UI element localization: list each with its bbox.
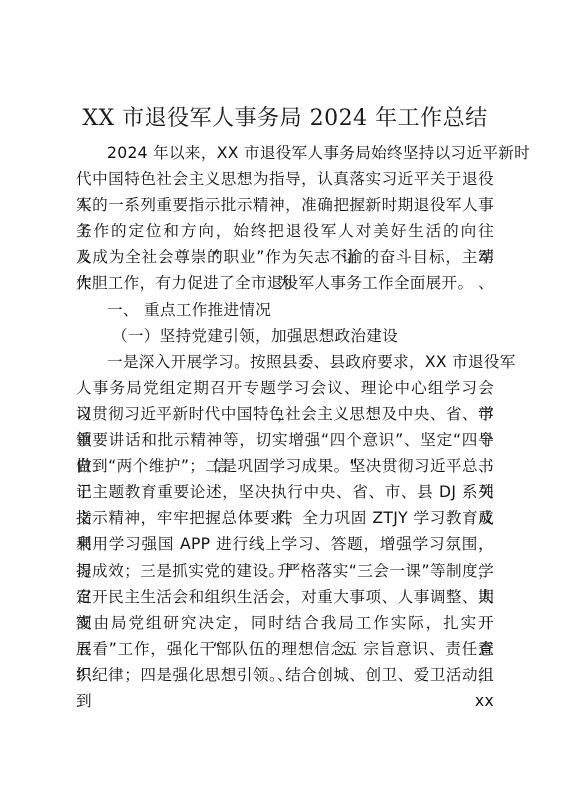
paragraph-line-11: 支由局党组研究决定，同时结合我局工作实际，扎实开展“五查 (76, 610, 494, 636)
paragraph-intro-line-2: 代中国特色社会主义思想为指导，认真落实习近平关于退役军 (76, 166, 494, 192)
paragraph-line-9: 习成效；三是抓实党的建设。严格落实“三会一课”等制度，定期 (76, 558, 494, 584)
paragraph-intro-line-5: 人成为全社会尊崇的职业”作为矢志不渝的奋斗目标，主动作为、 (76, 244, 494, 270)
paragraph-line-8: 利用学习强国 APP 进行线上学习、答题，增强学习氛围，提升学 (76, 531, 494, 557)
paragraph-intro-line-4: 工作的定位和方向，始终把退役军人对美好生活的向往及“让军 (76, 218, 494, 244)
paragraph-intro-line-1: 2024 年以来，XX 市退役军人事务局始终坚持以习近平新时 (76, 140, 496, 166)
paragraph-intro-line-3: 人的一系列重要指示批示精神，准确把握新时期退役军人事务 (76, 192, 494, 218)
paragraph-line-12: 五看”工作，强化干部队伍的理想信念、宗旨意识、责任意识、组 (76, 636, 494, 662)
paragraph-line-5: 做到“两个维护”；二是巩固学习成果。坚决贯彻习近平总书记关 (76, 453, 494, 479)
subsection-heading: （一）坚持党建引领，加强思想政治建设 (76, 323, 496, 349)
document-body: 2024 年以来，XX 市退役军人事务局始终坚持以习近平新时 代中国特色社会主义… (76, 140, 496, 688)
paragraph-line-3: 习贯彻习近平新时代中国特色社会主义思想及中央、省、市领导 (76, 401, 494, 427)
paragraph-intro-line-6: 大胆工作，有力促进了全市退役军人事务工作全面展开。 (76, 270, 496, 296)
document-title: XX 市退役军人事务局 2024 年工作总结 (0, 104, 570, 134)
paragraph-line-6: 于主题教育重要论述，坚决执行中央、省、市、县 DJ 系列文件及 (76, 479, 494, 505)
section-heading: 一、 重点工作推进情况 (76, 297, 496, 323)
paragraph-line-10: 召开民主生活会和组织生活会，对重大事项、人事调整、大额开 (76, 584, 494, 610)
paragraph-line-2: 人事务局党组定期召开专题学习会议、理论中心组学习会议，学 (76, 375, 494, 401)
paragraph-line-7: 指示精神，牢牢把握总体要求，全力巩固 ZTJY 学习教育成果， (76, 505, 494, 531)
paragraph-line-4: 重要讲话和批示精神等，切实增强“四个意识”、坚定“四个自信”、 (76, 427, 494, 453)
paragraph-line-1: 一是深入开展学习。按照县委、县政府要求，XX 市退役军 (76, 349, 496, 375)
document-page: XX 市退役军人事务局 2024 年工作总结 2024 年以来，XX 市退役军人… (0, 0, 570, 807)
paragraph-line-13: 织纪律；四是强化思想引领。结合创城、创卫、爱卫活动，到 xx (76, 662, 494, 688)
